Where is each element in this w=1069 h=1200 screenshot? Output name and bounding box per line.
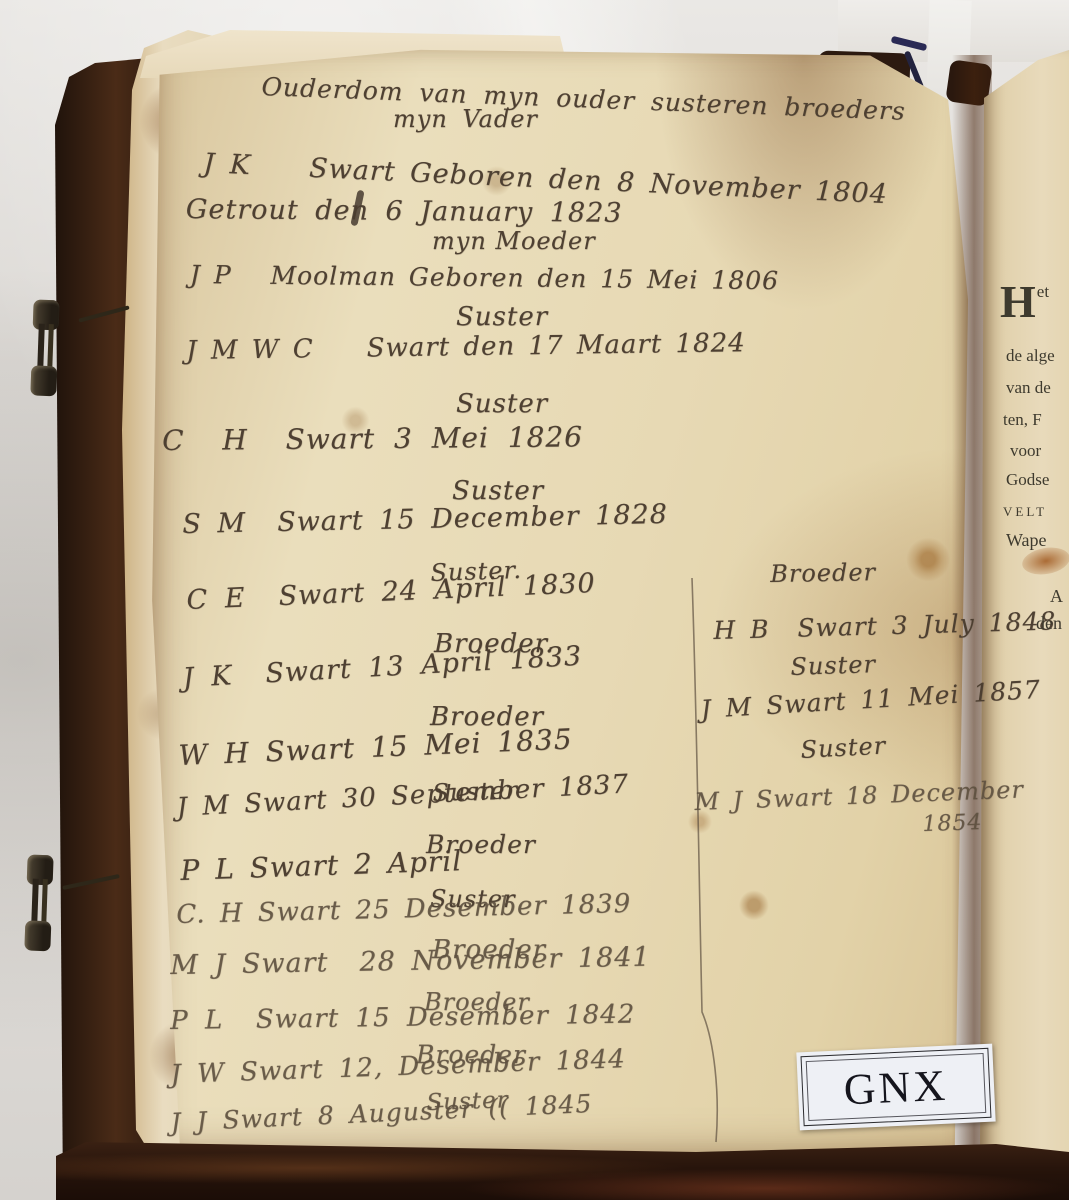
handwriting-line: J P Moolman Geboren den 15 Mei 1806 xyxy=(190,262,779,293)
handwriting-line: M J Swart 28 November 1841 xyxy=(170,944,651,979)
printed-text-fragment: A xyxy=(1050,587,1063,605)
printed-dropcap: Het xyxy=(1000,281,1048,322)
handwriting-line: Getrout den 6 January 1823 xyxy=(186,196,623,227)
handwriting-line: P L Swart 15 Desember 1842 xyxy=(170,1002,635,1034)
gnx-label-frame: GNX xyxy=(801,1048,992,1126)
printed-text-fragment: den xyxy=(1036,614,1062,632)
handwriting-line: Suster xyxy=(452,478,544,504)
handwriting-line: Suster xyxy=(790,652,876,679)
gnx-label: GNX xyxy=(796,1044,995,1131)
leather-bottom-edge xyxy=(56,1142,1069,1200)
gnx-label-inner-frame: GNX xyxy=(806,1053,987,1121)
printed-text-fragment: van de xyxy=(1006,379,1051,396)
handwriting-line: 1854 xyxy=(922,812,983,836)
book-clasp-top xyxy=(30,299,65,396)
printed-text-fragment: de alge xyxy=(1006,347,1055,364)
handwriting-right-header: Broeder xyxy=(770,560,876,586)
handwriting-line: Suster xyxy=(456,391,548,417)
printed-text-fragment: VELT xyxy=(1003,505,1047,518)
printed-text-fragment: Godse xyxy=(1006,471,1049,488)
book-photograph: Ouderdom van myn ouder susteren broeders… xyxy=(0,0,1069,1200)
handwriting-line: C H Swart 3 Mei 1826 xyxy=(162,423,583,455)
handwriting-subtitle: myn Vader xyxy=(393,107,538,131)
handwriting-line: J M W C Swart den 17 Maart 1824 xyxy=(186,330,746,364)
printed-text-fragment: voor xyxy=(1010,442,1041,459)
printed-text-fragment: Wape xyxy=(1006,531,1047,549)
handwriting-line: Suster xyxy=(456,304,548,330)
gnx-label-text: GNX xyxy=(843,1062,949,1113)
printed-text-fragment: ten, F xyxy=(1003,411,1042,428)
handwriting-line: myn Moeder xyxy=(432,229,596,253)
book-clasp-bottom xyxy=(24,854,59,951)
handwriting-line: Suster xyxy=(800,734,887,762)
